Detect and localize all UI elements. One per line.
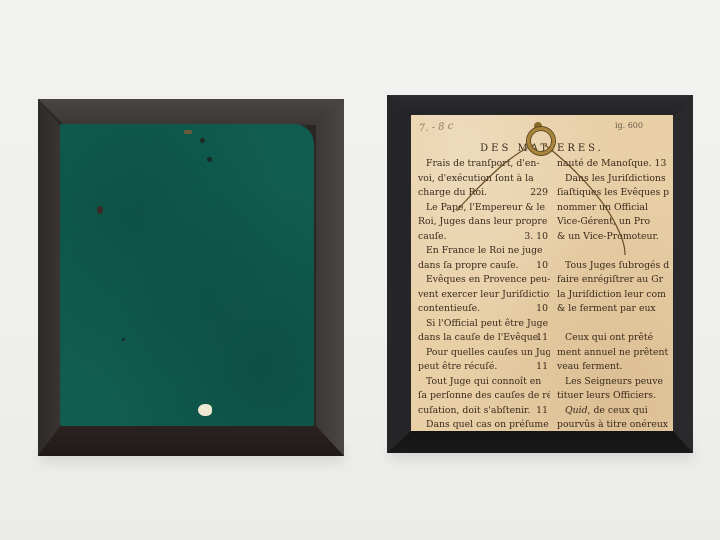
text-line: Dans les Juriſdictions bbox=[557, 172, 673, 187]
line-text: & le ferment par eux bbox=[557, 303, 656, 314]
line-text: Le Pape, l'Empereur & le bbox=[426, 202, 545, 213]
felt-mark bbox=[122, 338, 125, 341]
line-text: tituer leurs Officiers. bbox=[557, 390, 656, 401]
frame-bevel-top bbox=[38, 99, 344, 125]
text-line: nommer un Official bbox=[557, 201, 673, 216]
line-text: Quid, de ceux qui bbox=[565, 405, 648, 416]
text-line: Roi, Juges dans leur propre bbox=[418, 215, 550, 230]
line-text: charge du Roi. bbox=[418, 187, 487, 198]
line-text: ſiaſtiques les Evêques p bbox=[557, 187, 669, 198]
text-line: Ceux qui ont prêté bbox=[557, 331, 673, 346]
line-text: Tous Juges ſubrogés d bbox=[565, 260, 669, 271]
text-line: Evêques en Provence peu- bbox=[418, 273, 550, 288]
felt-mark bbox=[184, 130, 192, 134]
line-text: pourvûs à titre onéreux bbox=[557, 419, 668, 430]
frame-bevel-right bbox=[316, 99, 344, 456]
line-text: ment annuel ne prêtent bbox=[557, 347, 668, 358]
frame-bevel-top bbox=[387, 95, 693, 117]
line-text: Tout Juge qui connoît en bbox=[426, 376, 541, 387]
green-felt-backing bbox=[60, 124, 314, 426]
line-text bbox=[557, 245, 560, 256]
line-text: Ceux qui ont prêté bbox=[565, 332, 653, 343]
line-text: faire enrégiſtrer au Gr bbox=[557, 274, 663, 285]
line-text: Si l'Official peut être Juge bbox=[426, 318, 548, 329]
text-line: & un Vice-Promoteur. bbox=[557, 230, 673, 245]
felt-mark bbox=[200, 138, 205, 143]
page-number: 11 bbox=[536, 404, 550, 419]
frame-bevel-right bbox=[673, 95, 693, 453]
text-line: veau ferment. bbox=[557, 360, 673, 375]
text-line: 3. 10cauſe. bbox=[418, 230, 550, 245]
text-line bbox=[557, 244, 673, 259]
line-text: Dans les Juriſdictions bbox=[565, 173, 666, 184]
line-text: Roi, Juges dans leur propre bbox=[418, 216, 547, 227]
left-text-column: Frais de tranſport, d'en-voi, d'exécutio… bbox=[418, 157, 550, 431]
text-line: Frais de tranſport, d'en- bbox=[418, 157, 550, 172]
frame-bevel-bottom bbox=[38, 426, 344, 456]
line-text: dans ſa propre cauſe. bbox=[418, 260, 519, 271]
text-line: ſa perſonne des cauſes de ré- bbox=[418, 389, 550, 404]
line-text: En France le Roi ne juge bbox=[426, 245, 543, 256]
text-line: Quid, de ceux qui bbox=[557, 404, 673, 419]
text-line: Vice-Gérent, un Pro bbox=[557, 215, 673, 230]
felt-hole bbox=[198, 404, 212, 416]
line-text: ſa perſonne des cauſes de ré- bbox=[418, 390, 550, 401]
text-line: Les Seigneurs peuve bbox=[557, 375, 673, 390]
text-line: Si l'Official peut être Juge bbox=[418, 317, 550, 332]
text-line: ſiaſtiques les Evêques p bbox=[557, 186, 673, 201]
text-line: la Juriſdiction leur com bbox=[557, 288, 673, 303]
line-text: nauté de Manoſque. 13 bbox=[557, 158, 666, 169]
text-line: En France le Roi ne juge bbox=[418, 244, 550, 259]
frame-bevel-left bbox=[38, 99, 60, 456]
line-text: contentieuſe. bbox=[418, 303, 480, 314]
text-line: 10contentieuſe. bbox=[418, 302, 550, 317]
text-line: Tout Juge qui connoît en bbox=[418, 375, 550, 390]
line-text: dans la cauſe de l'Evêque. bbox=[418, 332, 541, 343]
line-text: Les Seigneurs peuve bbox=[565, 376, 663, 387]
line-text: la Juriſdiction leur com bbox=[557, 289, 666, 300]
brass-hanging-ring-icon bbox=[527, 127, 555, 155]
text-line: vent exercer leur Juriſdiction bbox=[418, 288, 550, 303]
line-text: cuſation, doit s'abſtenir. bbox=[418, 405, 530, 416]
text-line: nauté de Manoſque. 13 bbox=[557, 157, 673, 172]
ink-mark: ig. 600 bbox=[615, 119, 643, 134]
text-line: Tous Juges ſubrogés d bbox=[557, 259, 673, 274]
left-frame bbox=[38, 99, 344, 456]
right-text-column: nauté de Manoſque. 13Dans les Juriſdicti… bbox=[557, 157, 673, 431]
page-number: 3. 10 bbox=[524, 230, 550, 245]
text-line: voi, d'exécution ſont à la bbox=[418, 172, 550, 187]
text-line: 229charge du Roi. bbox=[418, 186, 550, 201]
page-number: 10 bbox=[536, 259, 550, 274]
text-line: ment annuel ne prêtent bbox=[557, 346, 673, 361]
felt-mark bbox=[207, 157, 212, 162]
text-line: Le Pape, l'Empereur & le bbox=[418, 201, 550, 216]
text-line: pourvûs à titre onéreux bbox=[557, 418, 673, 431]
text-line: 11cuſation, doit s'abſtenir. bbox=[418, 404, 550, 419]
text-line: Dans quel cas on préſume bbox=[418, 418, 550, 431]
text-line: 11dans la cauſe de l'Evêque. bbox=[418, 331, 550, 346]
line-text: peut être récuſé. bbox=[418, 361, 497, 372]
line-text: Pour quelles cauſes un Juge bbox=[426, 347, 550, 358]
frame-bevel-bottom bbox=[387, 431, 693, 453]
text-line: 10dans ſa propre cauſe. bbox=[418, 259, 550, 274]
text-line: 11peut être récuſé. bbox=[418, 360, 550, 375]
text-line: & le ferment par eux bbox=[557, 302, 673, 317]
line-text: Vice-Gérent, un Pro bbox=[557, 216, 650, 227]
printed-page: 7. - 8 c ig. 600 DES MATIERES. Frais de … bbox=[411, 115, 673, 431]
page-number: 229 bbox=[530, 186, 550, 201]
felt-mark bbox=[97, 206, 103, 214]
line-text: Dans quel cas on préſume bbox=[426, 419, 549, 430]
text-line bbox=[557, 317, 673, 332]
right-frame: 7. - 8 c ig. 600 DES MATIERES. Frais de … bbox=[387, 95, 693, 453]
line-text: nommer un Official bbox=[557, 202, 648, 213]
frame-bevel-left bbox=[387, 95, 411, 453]
line-text bbox=[557, 318, 560, 329]
text-line: faire enrégiſtrer au Gr bbox=[557, 273, 673, 288]
text-line: tituer leurs Officiers. bbox=[557, 389, 673, 404]
page-number: 10 bbox=[536, 302, 550, 317]
line-text: Evêques en Provence peu- bbox=[426, 274, 550, 285]
pencil-note: 7. - 8 c bbox=[419, 120, 454, 137]
line-text: veau ferment. bbox=[557, 361, 623, 372]
page-number: 11 bbox=[536, 360, 550, 375]
line-text: Frais de tranſport, d'en- bbox=[426, 158, 539, 169]
text-line: Pour quelles cauſes un Juge bbox=[418, 346, 550, 361]
line-text: voi, d'exécution ſont à la bbox=[418, 173, 534, 184]
line-text: vent exercer leur Juriſdiction bbox=[418, 289, 550, 300]
line-text: & un Vice-Promoteur. bbox=[557, 231, 659, 242]
line-text: cauſe. bbox=[418, 231, 447, 242]
